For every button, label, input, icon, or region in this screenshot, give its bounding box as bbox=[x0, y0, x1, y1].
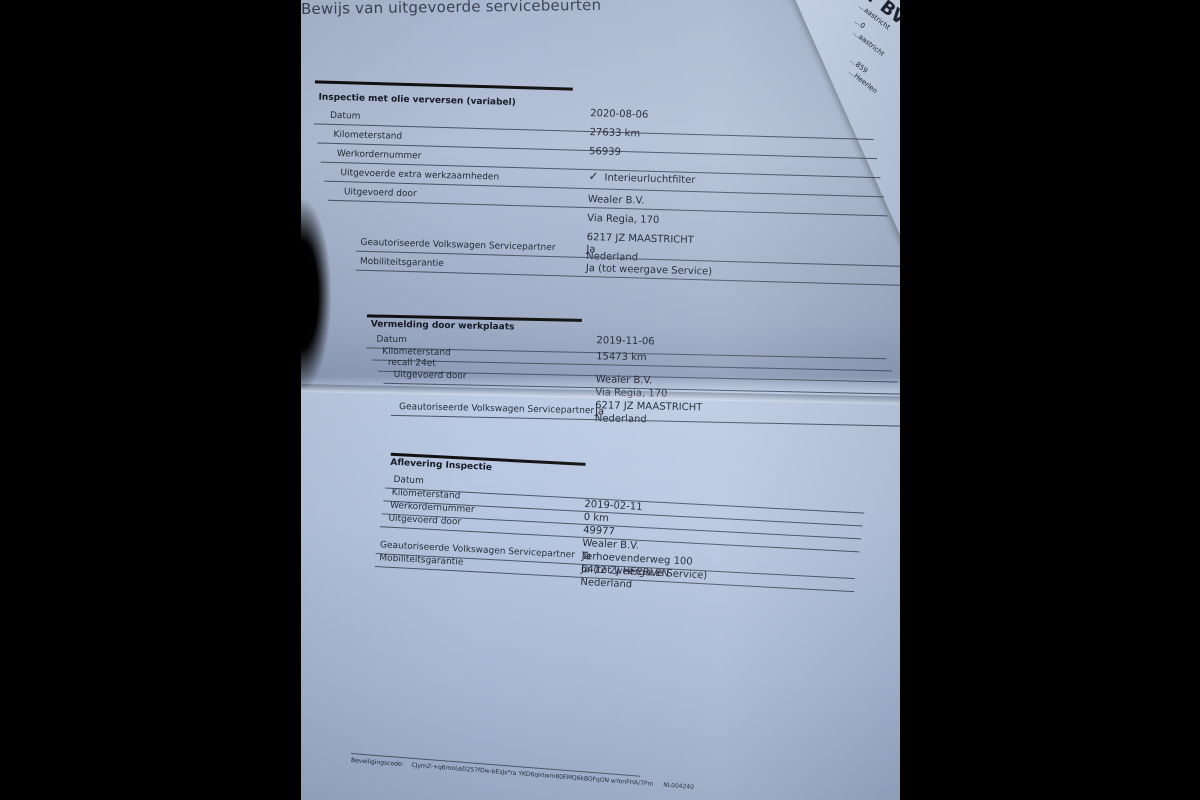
address-line: 6217 JZ MAASTRICHT bbox=[595, 400, 702, 413]
row-label: Datum bbox=[393, 475, 424, 487]
row-label: Uitgevoerd door bbox=[388, 514, 461, 528]
document-photo: ...r BV ...aastricht ...0 ...aastricht .… bbox=[301, 0, 900, 800]
row-value: 49977 bbox=[583, 525, 615, 538]
row-value: 2019-11-06 bbox=[596, 335, 654, 347]
checkmark-icon: ✓ bbox=[588, 169, 598, 183]
row-label: Kilometerstand bbox=[382, 346, 451, 357]
security-code: Beveiligingscode: CJymZ-+q6moLeD257fDw-b… bbox=[351, 757, 694, 791]
row-value: Ja bbox=[581, 550, 591, 561]
section-title: Vermelding door werkplaats bbox=[371, 319, 515, 332]
row-label: Datum bbox=[330, 111, 361, 122]
document-title: Bewijs van uitgevoerde servicebeurten bbox=[301, 0, 601, 18]
table-row: Uitgevoerd doorWealer B.V.Via Regia, 170… bbox=[301, 367, 899, 380]
row-label: Geautoriseerde Volkswagen Servicepartner bbox=[399, 403, 594, 417]
row-value: 2020-08-06 bbox=[590, 108, 648, 121]
row-value: 56939 bbox=[589, 146, 621, 158]
section-inspectie-olie: Inspectie met olie verversen (variabel) … bbox=[301, 80, 900, 97]
table-row: Kilometerstand15473 km bbox=[301, 344, 899, 357]
section-vermelding-werkplaats: Vermelding door werkplaats Datum2019-11-… bbox=[301, 313, 900, 326]
row-label: Kilometerstand bbox=[392, 488, 461, 502]
row-value: 15473 km bbox=[596, 351, 647, 363]
back-sheet-letterhead: ...r BV ...aastricht ...0 ...aastricht .… bbox=[791, 0, 900, 264]
address-line: 6217 JZ MAASTRICHT bbox=[587, 232, 694, 246]
section-aflevering-inspectie: Aflevering Inspectie Datum2019-02-11Kilo… bbox=[301, 448, 899, 479]
address-line: Via Regia, 170 bbox=[587, 213, 659, 226]
fold-shadow bbox=[301, 200, 331, 390]
row-label: recall 24et bbox=[388, 358, 436, 369]
row-label: Kilometerstand bbox=[333, 130, 402, 142]
address-line: Wealer B.V. bbox=[596, 374, 653, 386]
row-value: Ja bbox=[595, 407, 604, 418]
row-value: 27633 km bbox=[589, 127, 640, 139]
row-label: Mobiliteitsgarantie bbox=[379, 553, 463, 567]
row-label: Mobiliteitsgarantie bbox=[360, 257, 444, 269]
table-row: Datum2019-11-06 bbox=[301, 333, 899, 346]
row-label: Werkordernummer bbox=[390, 501, 475, 515]
row-label: Datum bbox=[376, 335, 407, 346]
table-row: Datum2020-08-06 bbox=[301, 110, 899, 127]
section-title: Inspectie met olie verversen (variabel) bbox=[318, 92, 516, 108]
row-value: 0 km bbox=[583, 512, 609, 524]
row-value: Ja (tot weergave Service) bbox=[586, 263, 713, 278]
row-label: Uitgevoerd door bbox=[344, 187, 417, 199]
section-rule bbox=[315, 80, 573, 90]
security-suffix: NL004240 bbox=[663, 782, 694, 791]
address-line: Wealer B.V. bbox=[588, 194, 645, 207]
row-value: ✓Interieurluchtfilter bbox=[588, 169, 695, 186]
row-label: Uitgevoerde extra werkzaamheden bbox=[340, 168, 499, 182]
security-label: Beveiligingscode: bbox=[351, 757, 404, 768]
back-sheet-line: ...aastricht bbox=[851, 29, 885, 58]
row-label: Uitgevoerd door bbox=[394, 369, 467, 381]
row-value: Ja bbox=[586, 244, 595, 255]
row-label: Werkordernummer bbox=[337, 149, 422, 161]
